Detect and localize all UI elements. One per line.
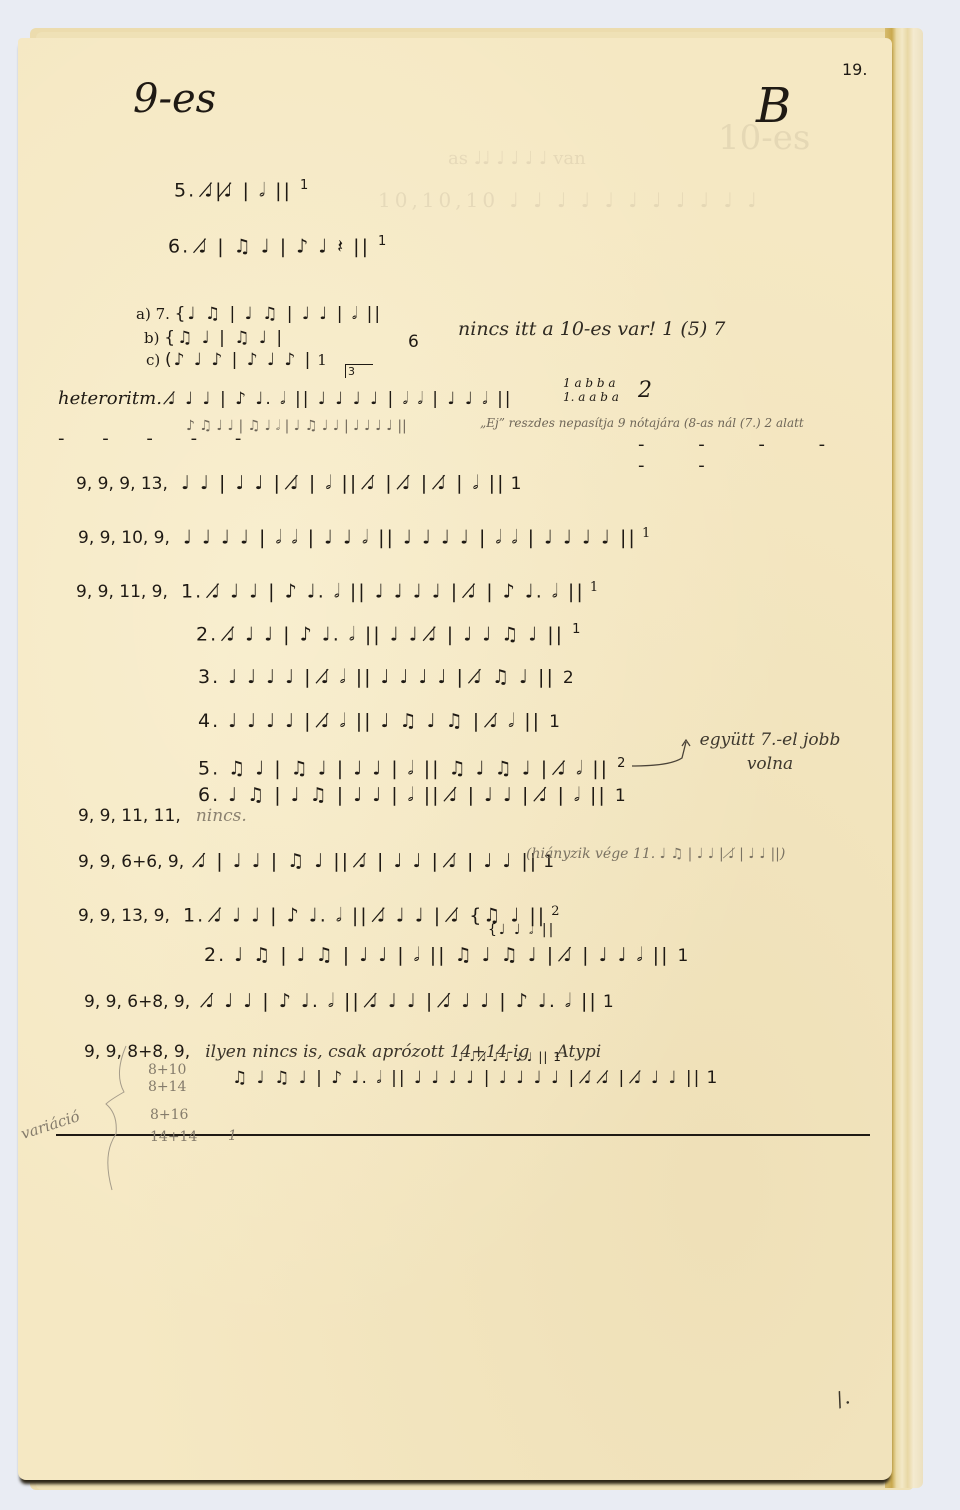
rhythm-notation: ♩̸ | ♫ ♩ | ♪ ♩ 𝄽 || — [198, 235, 370, 257]
sub-row-6: 6. ♩ ♫ | ♩ ♫ | ♩ ♩ | 𝅗𝅥 || ♩̸ | ♩ ♩ | ♩̸… — [198, 784, 628, 806]
variant-label: b) — [144, 329, 159, 347]
row-9-9-6+6-9: 9, 9, 6+6, 9, ♩̸ | ♩ ♩ | ♫ ♩ || ♩̸ | ♩ ♩… — [78, 850, 554, 872]
rhythm-notation: ♩̸ ♩ ♩ | ♪ ♩. 𝅗𝅥 || ♩̸ ♩ ♩ | ♩̸ ♩ ♩ | ♪ … — [205, 990, 598, 1012]
count: 1 — [642, 526, 650, 541]
variant-item: 8+14 — [148, 1079, 186, 1096]
variant-count: 1 — [228, 1128, 237, 1144]
side-note: együtt 7.-el jobb volna — [690, 728, 850, 776]
variant-label: c) — [146, 351, 160, 369]
count: 1 — [678, 946, 691, 966]
heteroritm-label: heteroritm. — [58, 388, 162, 409]
meter: 9, 9, 11, 9, — [76, 582, 168, 602]
meter: 9, 9, 10, 9, — [78, 528, 170, 548]
count: 1 — [572, 622, 582, 637]
pencil-note-missing: (hiányzik vége 11. ♩ ♫ | ♩ ♩ | ♩̸ | ♩ ♩ … — [526, 846, 785, 862]
variant-item: 14+14 — [150, 1126, 197, 1148]
meter: 9, 9, 13, 9, — [78, 906, 170, 926]
count: 2 — [551, 904, 559, 919]
rhythm-notation: {♩ ♫ | ♩ ♫ | ♩ ♩ | 𝅗𝅥 || — [175, 304, 382, 324]
row-9-9-10-9: 9, 9, 10, 9, ♩ ♩ ♩ ♩ | 𝅗𝅥 𝅗𝅥 | ♩ ♩ 𝅗𝅥 ||… — [78, 526, 650, 548]
heteroritm-row: heteroritm. ♩̸ ♩ ♩ | ♪ ♩. 𝅗𝅥 || ♩ ♩ ♩ ♩ … — [58, 388, 513, 409]
sub-row-2: 2. ♩̸ ♩ ♩ | ♪ ♩. 𝅗𝅥 || ♩ ♩ ♩̸ | ♩ ♩ ♫ ♩ … — [196, 622, 582, 645]
variant-item: 8+16 — [150, 1104, 197, 1126]
sub-row-4: 4. ♩ ♩ ♩ ♩ | ♩̸ 𝅗𝅥 || ♩ ♫ ♩ ♫ | ♩̸ 𝅗𝅥 ||… — [198, 710, 562, 732]
manuscript-page: 10-es as ♩♩ ♩ ♩ ♩ ♩ van 10,10,10 ♩ ♩ ♩ ♩… — [18, 38, 892, 1480]
count: 1 — [317, 351, 327, 369]
form-scheme: 1 a b b a 1. a a b a — [563, 376, 619, 404]
rhythm-notation: ♩̸ ♩ ♩ | ♪ ♩. 𝅗𝅥 || ♩ ♩ ♩ ♩ | 𝅗𝅥 𝅗𝅥 | ♩ … — [168, 389, 513, 409]
pencil-note: „Ej” reszdes nepasítja 9 nótajára (8-as … — [480, 416, 804, 430]
variant-7c: c) (♪ ♩ ♪ | ♪ ♩ ♪ | 1 — [146, 350, 327, 370]
rhythm-notation: ♫ ♩ ♫ ♩ | ♪ ♩. 𝅗𝅥 || ♩ ♩ ♩ ♩ | ♩ ♩ ♩ ♩ |… — [232, 1068, 701, 1088]
row-8+8-rhythm: ♫ ♩ ♫ ♩ | ♪ ♩. 𝅗𝅥 || ♩ ♩ ♩ ♩ | ♩ ♩ ♩ ♩ |… — [232, 1068, 717, 1088]
count: 1 — [549, 712, 562, 732]
meter: 9, 9, 11, 11, — [78, 806, 181, 826]
dashed-separator: - - - - - — [58, 428, 257, 449]
row-9-9-6+8-9: 9, 9, 6+8, 9, ♩̸ ♩ ♩ | ♪ ♩. 𝅗𝅥 || ♩̸ ♩ ♩… — [84, 990, 614, 1012]
rhythm-notation: ♩̸ | ♩ ♩ | ♫ ♩ || ♩̸ | ♩ ♩ | ♩̸ | ♩ ♩ || — [197, 850, 538, 872]
entry-label: 5. — [174, 179, 196, 201]
form-bottom: 1. a a b a — [563, 390, 619, 404]
entry-5: 5. ♩̸|♩̸ | 𝅗𝅥 || 1 — [174, 178, 310, 201]
dashed-separator-right: - - - - - - — [638, 434, 892, 476]
variant-list-top: 8+10 8+14 — [148, 1062, 186, 1096]
row-9-9-11-9: 9, 9, 11, 9, 1. ♩̸ ♩ ♩ | ♪ ♩. 𝅗𝅥 || ♩ ♩ … — [76, 580, 598, 602]
count: 1 — [590, 580, 598, 595]
pencil-note: nincs. — [196, 806, 247, 826]
count: 2 — [617, 756, 627, 771]
count: 1 — [511, 474, 522, 494]
triplet-mark: 3 — [345, 364, 373, 378]
rhythm-notation: 6. ♩ ♫ | ♩ ♫ | ♩ ♩ | 𝅗𝅥 || ♩̸ | ♩ ♩ | ♩̸… — [198, 784, 607, 806]
alt-ending: {♩ ♩ 𝅗𝅥 || — [488, 922, 555, 938]
row-9-9-11-11: 9, 9, 11, 11, nincs. — [78, 806, 247, 826]
rhythm-notation: ♩ ♩ ♩ ♩ | 𝅗𝅥 𝅗𝅥 | ♩ ♩ 𝅗𝅥 || ♩ ♩ ♩ ♩ | 𝅗𝅥… — [183, 526, 637, 548]
count: 1 — [300, 178, 310, 193]
rhythm-notation: 2. ♩̸ ♩ ♩ | ♪ ♩. 𝅗𝅥 || ♩ ♩ ♩̸ | ♩ ♩ ♫ ♩ … — [196, 623, 564, 645]
rhythm-notation: 1. ♩̸ ♩ ♩ | ♪ ♩. 𝅗𝅥 || ♩ ♩ ♩ ♩ | ♩̸ | ♪ … — [181, 580, 585, 602]
page-title: 9-es — [133, 76, 216, 122]
count: 1 — [615, 786, 628, 806]
count: 1 — [378, 234, 388, 249]
footer-mark: /. — [832, 1384, 853, 1411]
rhythm-notation: 3. ♩ ♩ ♩ ♩ | ♩̸ 𝅗𝅥 || ♩ ♩ ♩ ♩ | ♩̸ ♫ ♩ |… — [198, 666, 555, 688]
variant-7-count: 6 — [408, 332, 419, 352]
variant-label: variáció — [19, 1107, 82, 1143]
variant-7a: a) 7. {♩ ♫ | ♩ ♫ | ♩ ♩ | 𝅗𝅥 || — [136, 304, 382, 324]
sub-row-3: 3. ♩ ♩ ♩ ♩ | ♩̸ 𝅗𝅥 || ♩ ♩ ♩ ♩ | ♩̸ ♫ ♩ |… — [198, 666, 576, 688]
meter: 9, 9, 6+6, 9, — [78, 852, 184, 872]
rhythm-notation: 2. ♩ ♫ | ♩ ♫ | ♩ ♩ | 𝅗𝅥 || ♫ ♩ ♫ ♩ | ♩̸ … — [204, 944, 670, 966]
count: 2 — [563, 668, 576, 688]
meter: 9, 9, 9, 13, — [76, 474, 168, 494]
row-13-sub-2: 2. ♩ ♫ | ♩ ♫ | ♩ ♩ | 𝅗𝅥 || ♫ ♩ ♫ ♩ | ♩̸ … — [204, 944, 690, 966]
upper-variant: ♩ ♩ ♩̸ ♩ ♩ ♩ ♩ || 1 — [458, 1050, 562, 1064]
rhythm-notation: (♪ ♩ ♪ | ♪ ♩ ♪ | — [165, 350, 312, 370]
rhythm-notation: ♩̸|♩̸ | 𝅗𝅥 || — [204, 179, 292, 201]
rhythm-notation: ♩ ♩ | ♩ ♩ | ♩̸ | 𝅗𝅥 || ♩̸ | ♩̸ | ♩̸ | 𝅗𝅥… — [181, 472, 505, 494]
count: 1 — [603, 992, 614, 1012]
count: 1 — [706, 1068, 717, 1088]
row-9-9-9-13: 9, 9, 9, 13, ♩ ♩ | ♩ ♩ | ♩̸ | 𝅗𝅥 || ♩̸ |… — [76, 472, 521, 494]
form-top: 1 a b b a — [563, 376, 619, 390]
handwritten-note-atypical: Atypi — [556, 1042, 601, 1062]
variant-7b: b) {♫ ♩ | ♫ ♩ | — [144, 328, 284, 348]
rhythm-notation: 4. ♩ ♩ ♩ ♩ | ♩̸ 𝅗𝅥 || ♩ ♫ ♩ ♫ | ♩̸ 𝅗𝅥 || — [198, 710, 541, 732]
meter: 9, 9, 6+8, 9, — [84, 992, 190, 1012]
bleed-through-text: as ♩♩ ♩ ♩ ♩ ♩ van — [448, 148, 586, 169]
entry-label: 6. — [168, 235, 190, 257]
entry-6: 6. ♩̸ | ♫ ♩ | ♪ ♩ 𝄽 || 1 — [168, 234, 388, 257]
variant-label: a) 7. — [136, 305, 170, 323]
section-letter: B — [756, 78, 791, 134]
variant-list-bottom: 8+16 14+14 — [150, 1104, 197, 1148]
sub-row-5: 5. ♫ ♩ | ♫ ♩ | ♩ ♩ | 𝅗𝅥 || ♫ ♩ ♫ ♩ | ♩̸ … — [198, 756, 627, 779]
rhythm-notation: {♫ ♩ | ♫ ♩ | — [164, 328, 284, 348]
variant-item: 8+10 — [148, 1062, 186, 1079]
rhythm-notation: 5. ♫ ♩ | ♫ ♩ | ♩ ♩ | 𝅗𝅥 || ♫ ♩ ♫ ♩ | ♩̸ … — [198, 757, 609, 779]
page-number: 19. — [842, 60, 867, 79]
pencil-brace — [96, 1044, 136, 1194]
bleed-through-rhythm: 10,10,10 ♩ ♩ ♩ ♩ ♩ ♩ ♩ ♩ ♩ ♩ ♩ — [378, 188, 761, 212]
variant-7-note: nincs itt a 10-es var! 1 (5) 7 — [458, 318, 725, 340]
heteroritm-count: 2 — [638, 378, 652, 403]
